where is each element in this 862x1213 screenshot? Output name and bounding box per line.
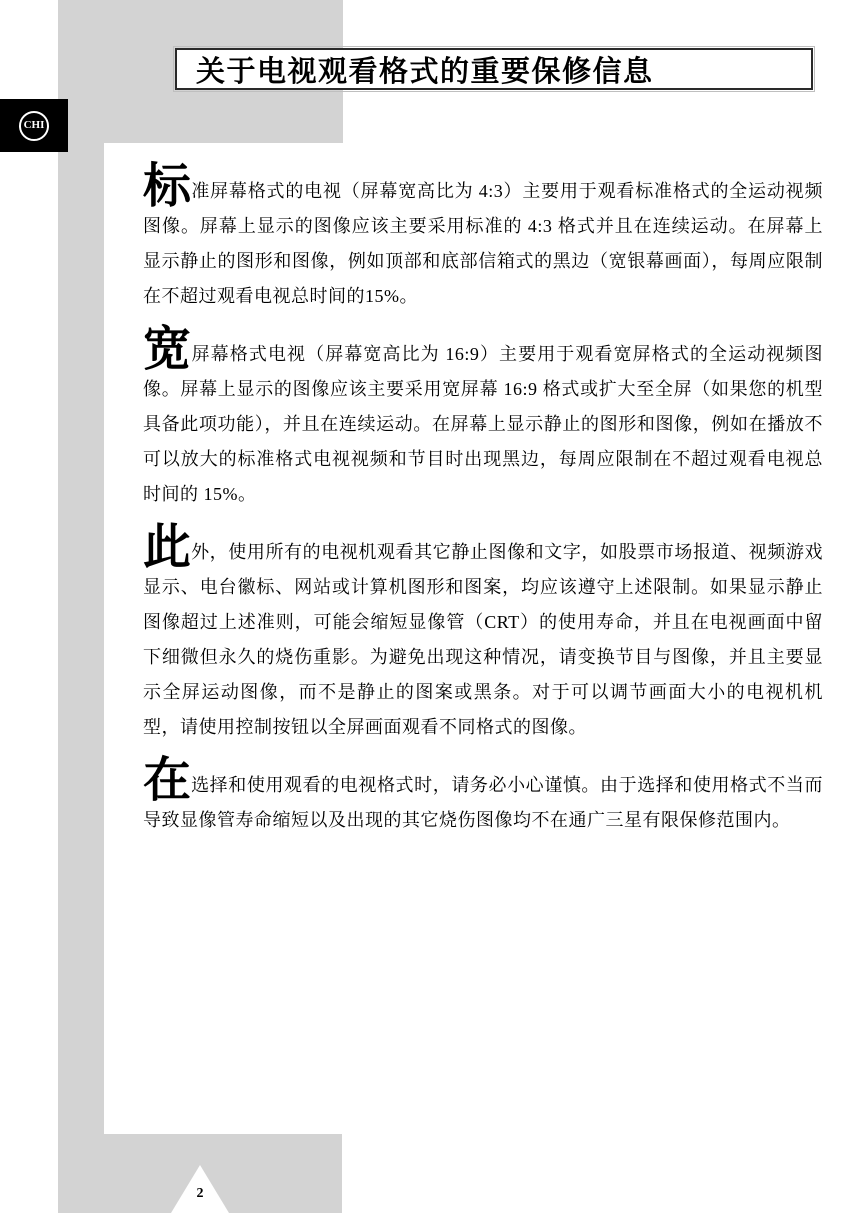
paragraph-text: 外，使用所有的电视机观看其它静止图像和文字，如股票市场报道、视频游戏显示、电台徽… [143,542,823,737]
paragraph-static-images: 此外，使用所有的电视机观看其它静止图像和文字，如股票市场报道、视频游戏显示、电台… [143,535,823,745]
language-badge-label: CHI [24,120,45,131]
language-badge-circle: CHI [19,111,49,141]
gray-band-left [58,0,104,1213]
manual-page: CHI 关于电视观看格式的重要保修信息 标准屏幕格式的电视（屏幕宽高比为 4:3… [0,0,862,1213]
paragraph-standard-format: 标准屏幕格式的电视（屏幕宽高比为 4:3）主要用于观看标准格式的全运动视频图像。… [143,174,823,314]
dropcap: 宽 [143,323,192,376]
paragraph-text: 选择和使用观看的电视格式时，请务必小心谨慎。由于选择和使用格式不当而导致显像管寿… [143,775,823,830]
content-area: 标准屏幕格式的电视（屏幕宽高比为 4:3）主要用于观看标准格式的全运动视频图像。… [143,174,823,838]
page-title: 关于电视观看格式的重要保修信息 [177,49,654,90]
paragraph-text: 准屏幕格式的电视（屏幕宽高比为 4:3）主要用于观看标准格式的全运动视频图像。屏… [143,181,823,306]
dropcap: 标 [143,160,191,213]
title-box: 关于电视观看格式的重要保修信息 [175,48,813,90]
dropcap: 在 [143,754,191,807]
paragraph-wide-format: 宽屏幕格式电视（屏幕宽高比为 16:9）主要用于观看宽屏格式的全运动视频图像。屏… [143,337,823,512]
paragraph-warranty-notice: 在选择和使用观看的电视格式时，请务必小心谨慎。由于选择和使用格式不当而导致显像管… [143,768,823,838]
language-badge: CHI [0,99,68,152]
dropcap: 此 [143,521,191,574]
page-number: 2 [171,1186,229,1202]
paragraph-text: 屏幕格式电视（屏幕宽高比为 16:9）主要用于观看宽屏格式的全运动视频图像。屏幕… [143,344,823,504]
